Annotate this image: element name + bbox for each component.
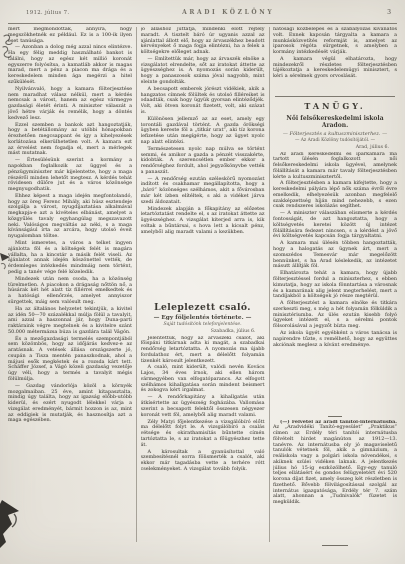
- body-paragraph: — Értesülésünk szerint a kormány a napok…: [8, 158, 132, 193]
- column-divider-left: [132, 27, 141, 546]
- notice-text: Az „Aradvidéki Tanító-egyesület” „Prakti…: [273, 424, 397, 505]
- section-header: TANÜGY. Női felsőkereskedelmi iskola Ara…: [273, 100, 397, 152]
- column-right: hatósági közbelépés és a szabályozás kív…: [273, 27, 397, 546]
- right-column-text-body: Az aradi kereskedelmi és iparkamara ma t…: [273, 152, 397, 414]
- body-paragraph: Nyilvánvaló, hogy a kamara fölterjesztés…: [8, 87, 132, 122]
- body-paragraph: A fölterjesztésben a kamara kifejtette, …: [273, 181, 397, 210]
- article-headline: Leleplezett csaló.: [141, 303, 265, 313]
- column-divider-right: [265, 27, 274, 546]
- section-headline: Női felsőkereskedelmi iskola Aradon.: [273, 115, 397, 129]
- item-separator: [328, 416, 342, 417]
- body-paragraph: A károsultak a gyanúsítottal való szembe…: [141, 450, 265, 473]
- newspaper-page-scan: 1912. július 7. ARADI KÖZLÖNY 3 mert meg…: [0, 0, 405, 564]
- section-title: TANÜGY.: [273, 102, 397, 111]
- body-paragraph: hatósági közbelépés és a szabályozás kív…: [273, 27, 397, 56]
- middle-column-text-top: jó álláshoz juttatja, mindenki előtt rej…: [141, 27, 265, 299]
- section-byline: — Az Aradi Közlöny tudósítójától. —: [273, 138, 397, 143]
- body-paragraph: Az aradi kereskedelmi és iparkamara ma t…: [273, 152, 397, 181]
- body-paragraph: Természetesen nyolc nap múlva se történt…: [141, 147, 265, 176]
- left-column-text: mert megmondották, annyira, hogy megszök…: [8, 27, 132, 546]
- article-end-rule: [322, 545, 348, 546]
- section-subhead: — Fölterjesztés a kultuszminiszterhez. —: [273, 131, 397, 137]
- body-paragraph: A becsapott emberek jórészt vidékiek, ak…: [141, 87, 265, 116]
- body-paragraph: Mint ismeretes, a város a telket ingyen …: [8, 241, 132, 276]
- body-paragraph: jó álláshoz juttatja, mindenki előtt rej…: [141, 27, 265, 56]
- masthead-title: ARADI KÖZLÖNY: [69, 9, 387, 16]
- body-paragraph: A fölterjesztést a kamara elnöke és titk…: [273, 301, 397, 330]
- column-layout: mert megmondották, annyira, hogy megszök…: [8, 27, 397, 546]
- body-paragraph: — Azonban a dolog még azzal nincs elinté…: [8, 45, 132, 85]
- article-header: Leleplezett csaló. — Egy följelentés tör…: [141, 299, 265, 336]
- body-paragraph: Elhatározta tehát a kamara, hogy újabb f…: [273, 271, 397, 300]
- column-middle: jó álláshoz juttatja, mindenki előtt rej…: [141, 27, 265, 546]
- body-paragraph: — A rendőrség ezután széleskörű nyomozás…: [141, 177, 265, 206]
- article-dateline: Szabadka, július 6.: [141, 329, 265, 334]
- body-paragraph: Mindezek alapján a főkapitány az előzete…: [141, 207, 265, 236]
- middle-column-text-bottom: Jelentettük, hogy az árvaszéki csalót, a…: [141, 336, 265, 547]
- issue-date: 1912. július 7.: [26, 10, 69, 16]
- article-subhead: — Egy följelentés története. —: [141, 315, 265, 321]
- section-rule: [275, 96, 395, 97]
- body-paragraph: A csaló, mint kiderült, valódi nevén Kov…: [141, 365, 265, 394]
- body-paragraph: Ha az általános helyzetet tekintjük, a k…: [8, 307, 132, 336]
- page-header: 1912. július 7. ARADI KÖZLÖNY 3: [26, 9, 395, 21]
- body-paragraph: Az iskola ügyét egyébként a város tanács…: [273, 331, 397, 348]
- body-paragraph: — A miniszter válaszában elismerte a kér…: [273, 211, 397, 240]
- header-rule: [8, 23, 397, 24]
- body-paragraph: — A rendőrkapitány a kihallgatás után át…: [141, 395, 265, 418]
- right-column-text-top: hatósági közbelépés és a szabályozás kív…: [273, 27, 397, 94]
- column-left: mert megmondották, annyira, hogy megszök…: [8, 27, 132, 546]
- body-paragraph: És a mezőgazdasági termelés szempontjábó…: [8, 337, 132, 383]
- body-paragraph: Különösen jellemző az az eset, amely egy…: [141, 117, 265, 146]
- body-paragraph: Zély Matyi főjelentkezése a vizsgálóbíró…: [141, 420, 265, 449]
- body-paragraph: Mindezek után nem csoda, ha a közönség t…: [8, 277, 132, 306]
- page-number: 3: [387, 9, 395, 16]
- body-paragraph: mert megmondották, annyira, hogy megszök…: [8, 27, 132, 44]
- body-paragraph: A kamara végül elhatározta, hogy mindeze…: [273, 57, 397, 80]
- body-paragraph: Jelentettük, hogy az árvaszéki csalót, a…: [141, 336, 265, 365]
- body-paragraph: — Gazdag vándorlója közöl a környék mozg…: [8, 384, 132, 424]
- body-paragraph: A kamara mai ülésén többen hangoztatták,…: [273, 241, 397, 270]
- article-byline: Saját tudósítónk telefonjelentése.: [141, 322, 265, 327]
- notice-block: (—) Felvétel az aradi tanítói-internátus…: [273, 420, 397, 543]
- body-paragraph: — Említettük már, hogy az árvaszék elnök…: [141, 57, 265, 86]
- body-paragraph: Ehhez képest a maga idején megfontolandó…: [8, 194, 132, 240]
- section-dateline: Arad, július 6.: [273, 145, 397, 150]
- notice-paragraph: (—) Felvétel az aradi tanítói-internátus…: [273, 420, 397, 506]
- body-paragraph: Ezzel szemben a bankok azt hangoztatják,…: [8, 123, 132, 158]
